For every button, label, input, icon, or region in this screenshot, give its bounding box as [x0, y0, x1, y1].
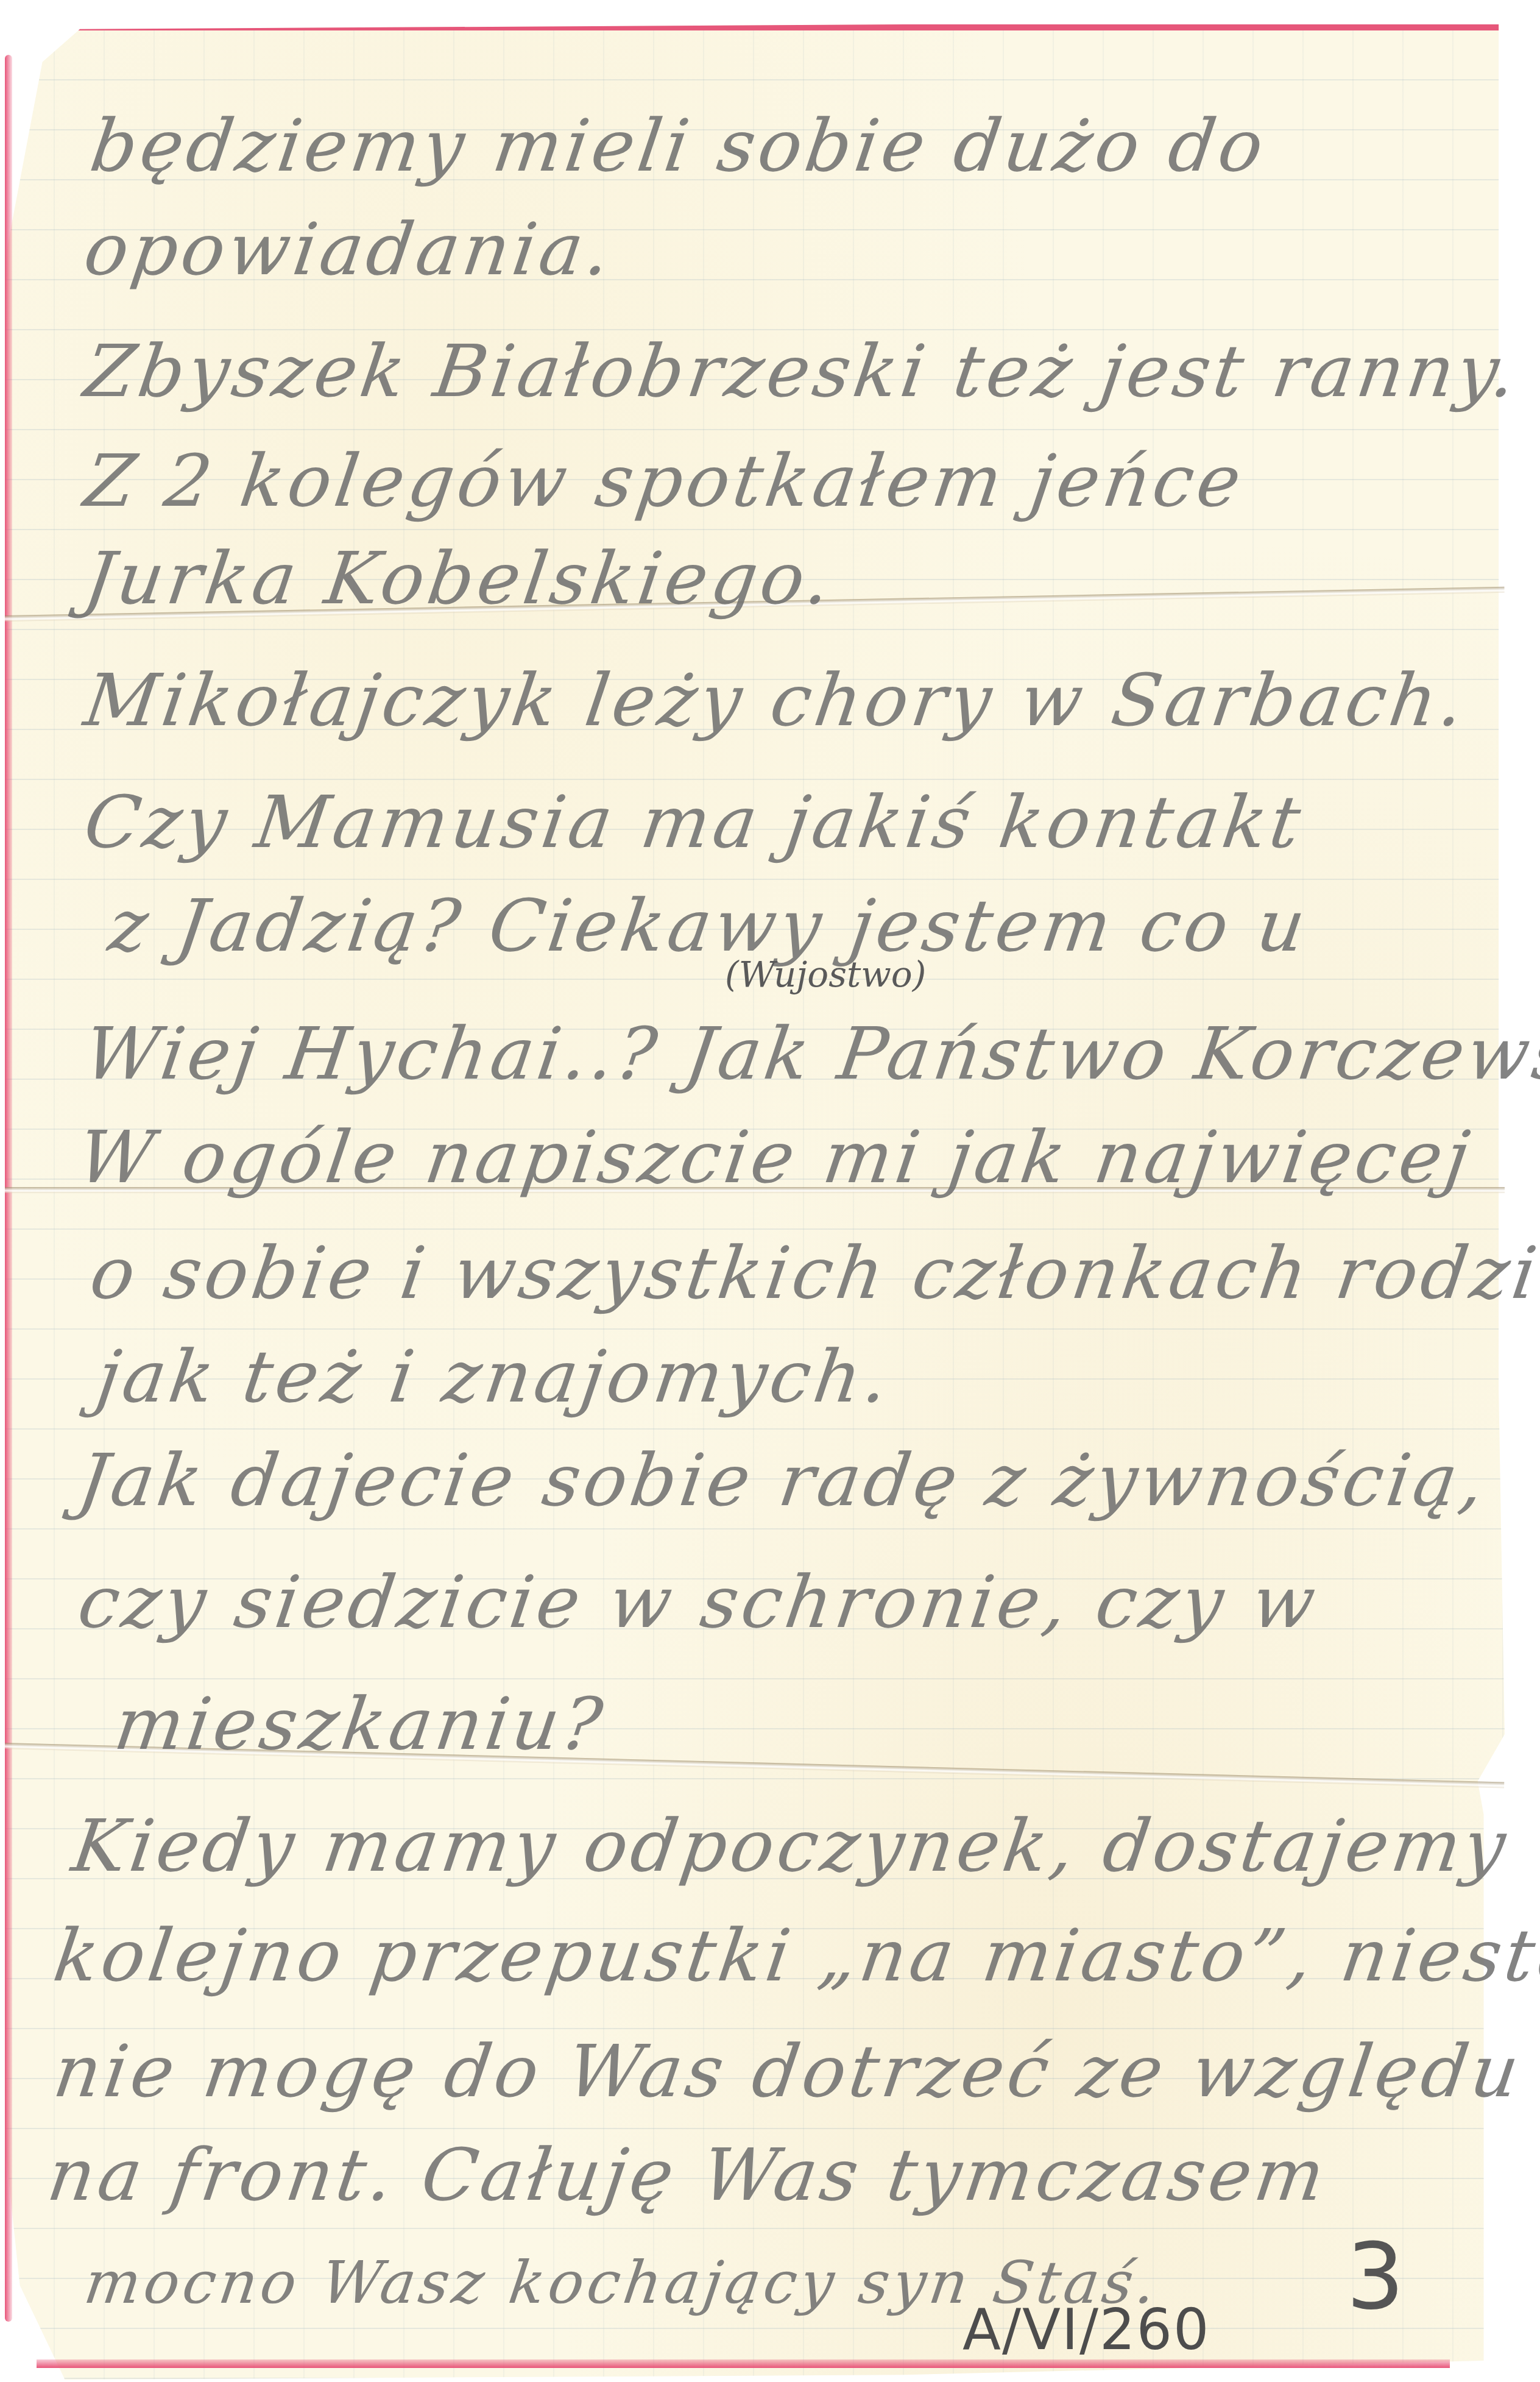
letter-line: Kiedy mamy odpoczynek, dostajemy — [67, 1804, 1514, 1888]
letter-line: Czy Mamusia ma jakiś kontakt — [79, 780, 1309, 864]
letter-line: nie mogę do Was dotrzeć ze względu — [49, 2029, 1527, 2113]
letter-line: na front. Całuję Was tymczasem — [43, 2133, 1333, 2217]
letter-line: opowiadania. — [79, 207, 619, 291]
letter-line: mieszkaniu? — [110, 1682, 610, 1766]
letter-line: Z 2 kolegów spotkałem jeńce — [79, 439, 1249, 523]
page-number: 3 — [1346, 2224, 1404, 2330]
letter-line: W ogóle napiszcie mi jak najwięcej — [73, 1115, 1478, 1199]
letter-line: będziemy mieli sobie dużo do — [85, 104, 1272, 188]
letter-line: Zbyszek Białobrzeski też jest ranny. — [79, 329, 1525, 413]
letter-line: Jurka Kobelskiego. — [79, 536, 839, 620]
letter-line: Wiej Hychai..? Jak Państwo Korczewscy? — [79, 1012, 1540, 1096]
letter-line: kolejno przepustki „na miasto”, niestety — [49, 1913, 1540, 1997]
interlinear-insertion: (Wujostwo) — [725, 954, 926, 995]
letter-line: czy siedzicie w schronie, czy w — [73, 1560, 1324, 1644]
letter-line: z Jadzią? Ciekawy jestem co u — [104, 884, 1313, 968]
letter-line: jak też i znajomych. — [91, 1335, 897, 1419]
letter-line: Mikołajczyk leży chory w Sarbach. — [79, 658, 1472, 742]
archive-reference: A/VI/260 — [962, 2297, 1210, 2363]
letter-line: o sobie i wszystkich członkach rodziny — [85, 1231, 1540, 1315]
letter-body: będziemy mieli sobie dużo do opowiadania… — [0, 0, 1540, 2382]
letter-line: Jak dajecie sobie radę z żywnością, — [73, 1438, 1492, 1522]
